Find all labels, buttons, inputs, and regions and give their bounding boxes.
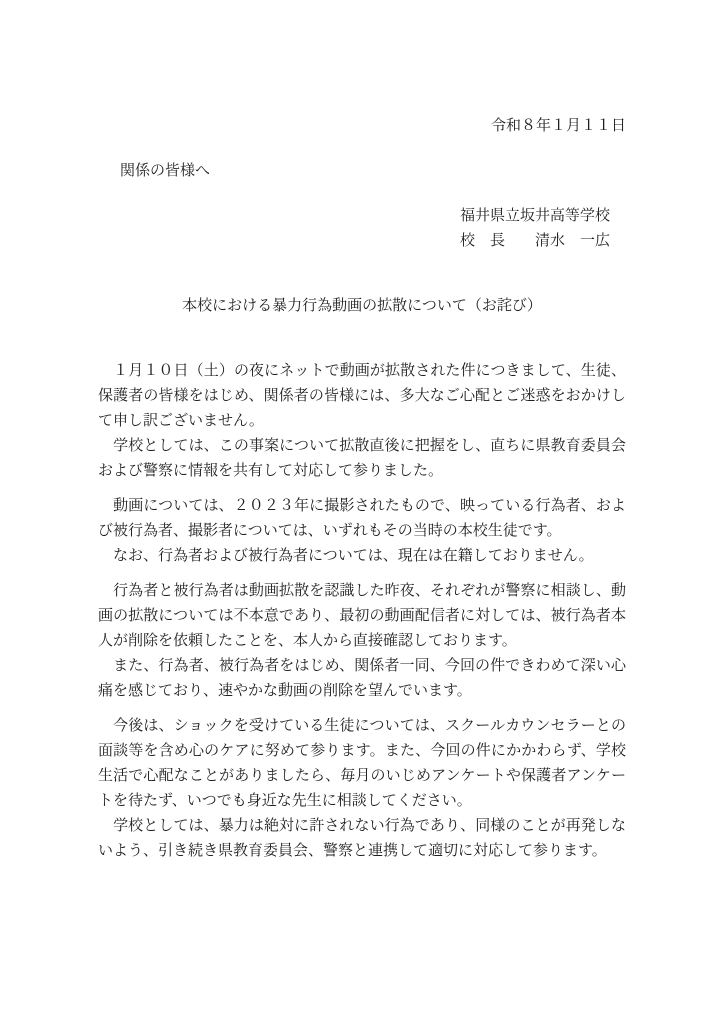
paragraph: 学校としては、この事案について拡散直後に把握をし、直ちに県教育委員会および警察に… <box>98 433 626 483</box>
paragraph: 学校としては、暴力は絶対に許されない行為であり、同様のことが再発しないよう、引き… <box>98 813 626 863</box>
sender-block: 福井県立坂井高等学校 校 長 清水 一広 <box>460 203 626 253</box>
subject-title: 本校における暴力行為動画の拡散について（お詫び） <box>98 293 626 318</box>
paragraph: なお、行為者および被行為者については、現在は在籍しておりません。 <box>98 543 626 568</box>
paragraph: 動画については、２０２３年に撮影されたもので、映っている行為者、および被行為者、… <box>98 493 626 543</box>
paragraph: また、行為者、被行為者をはじめ、関係者一同、今回の件できわめて深い心痛を感じてお… <box>98 653 626 703</box>
document-date: 令和８年１月１１日 <box>98 113 626 138</box>
salutation: 関係の皆様へ <box>120 158 626 183</box>
sender-organization: 福井県立坂井高等学校 <box>460 203 626 228</box>
paragraph: 今後は、ショックを受けている生徒については、スクールカウンセラーとの面談等を含め… <box>98 713 626 813</box>
paragraph: １月１０日（土）の夜にネットで動画が拡散された件につきまして、生徒、保護者の皆様… <box>98 358 626 433</box>
paragraph: 行為者と被行為者は動画拡散を認識した昨夜、それぞれが警察に相談し、動画の拡散につ… <box>98 578 626 653</box>
sender-title-name: 校 長 清水 一広 <box>460 228 626 253</box>
letter-body: １月１０日（土）の夜にネットで動画が拡散された件につきまして、生徒、保護者の皆様… <box>98 358 626 863</box>
document-page: 令和８年１月１１日 関係の皆様へ 福井県立坂井高等学校 校 長 清水 一広 本校… <box>0 0 726 1024</box>
